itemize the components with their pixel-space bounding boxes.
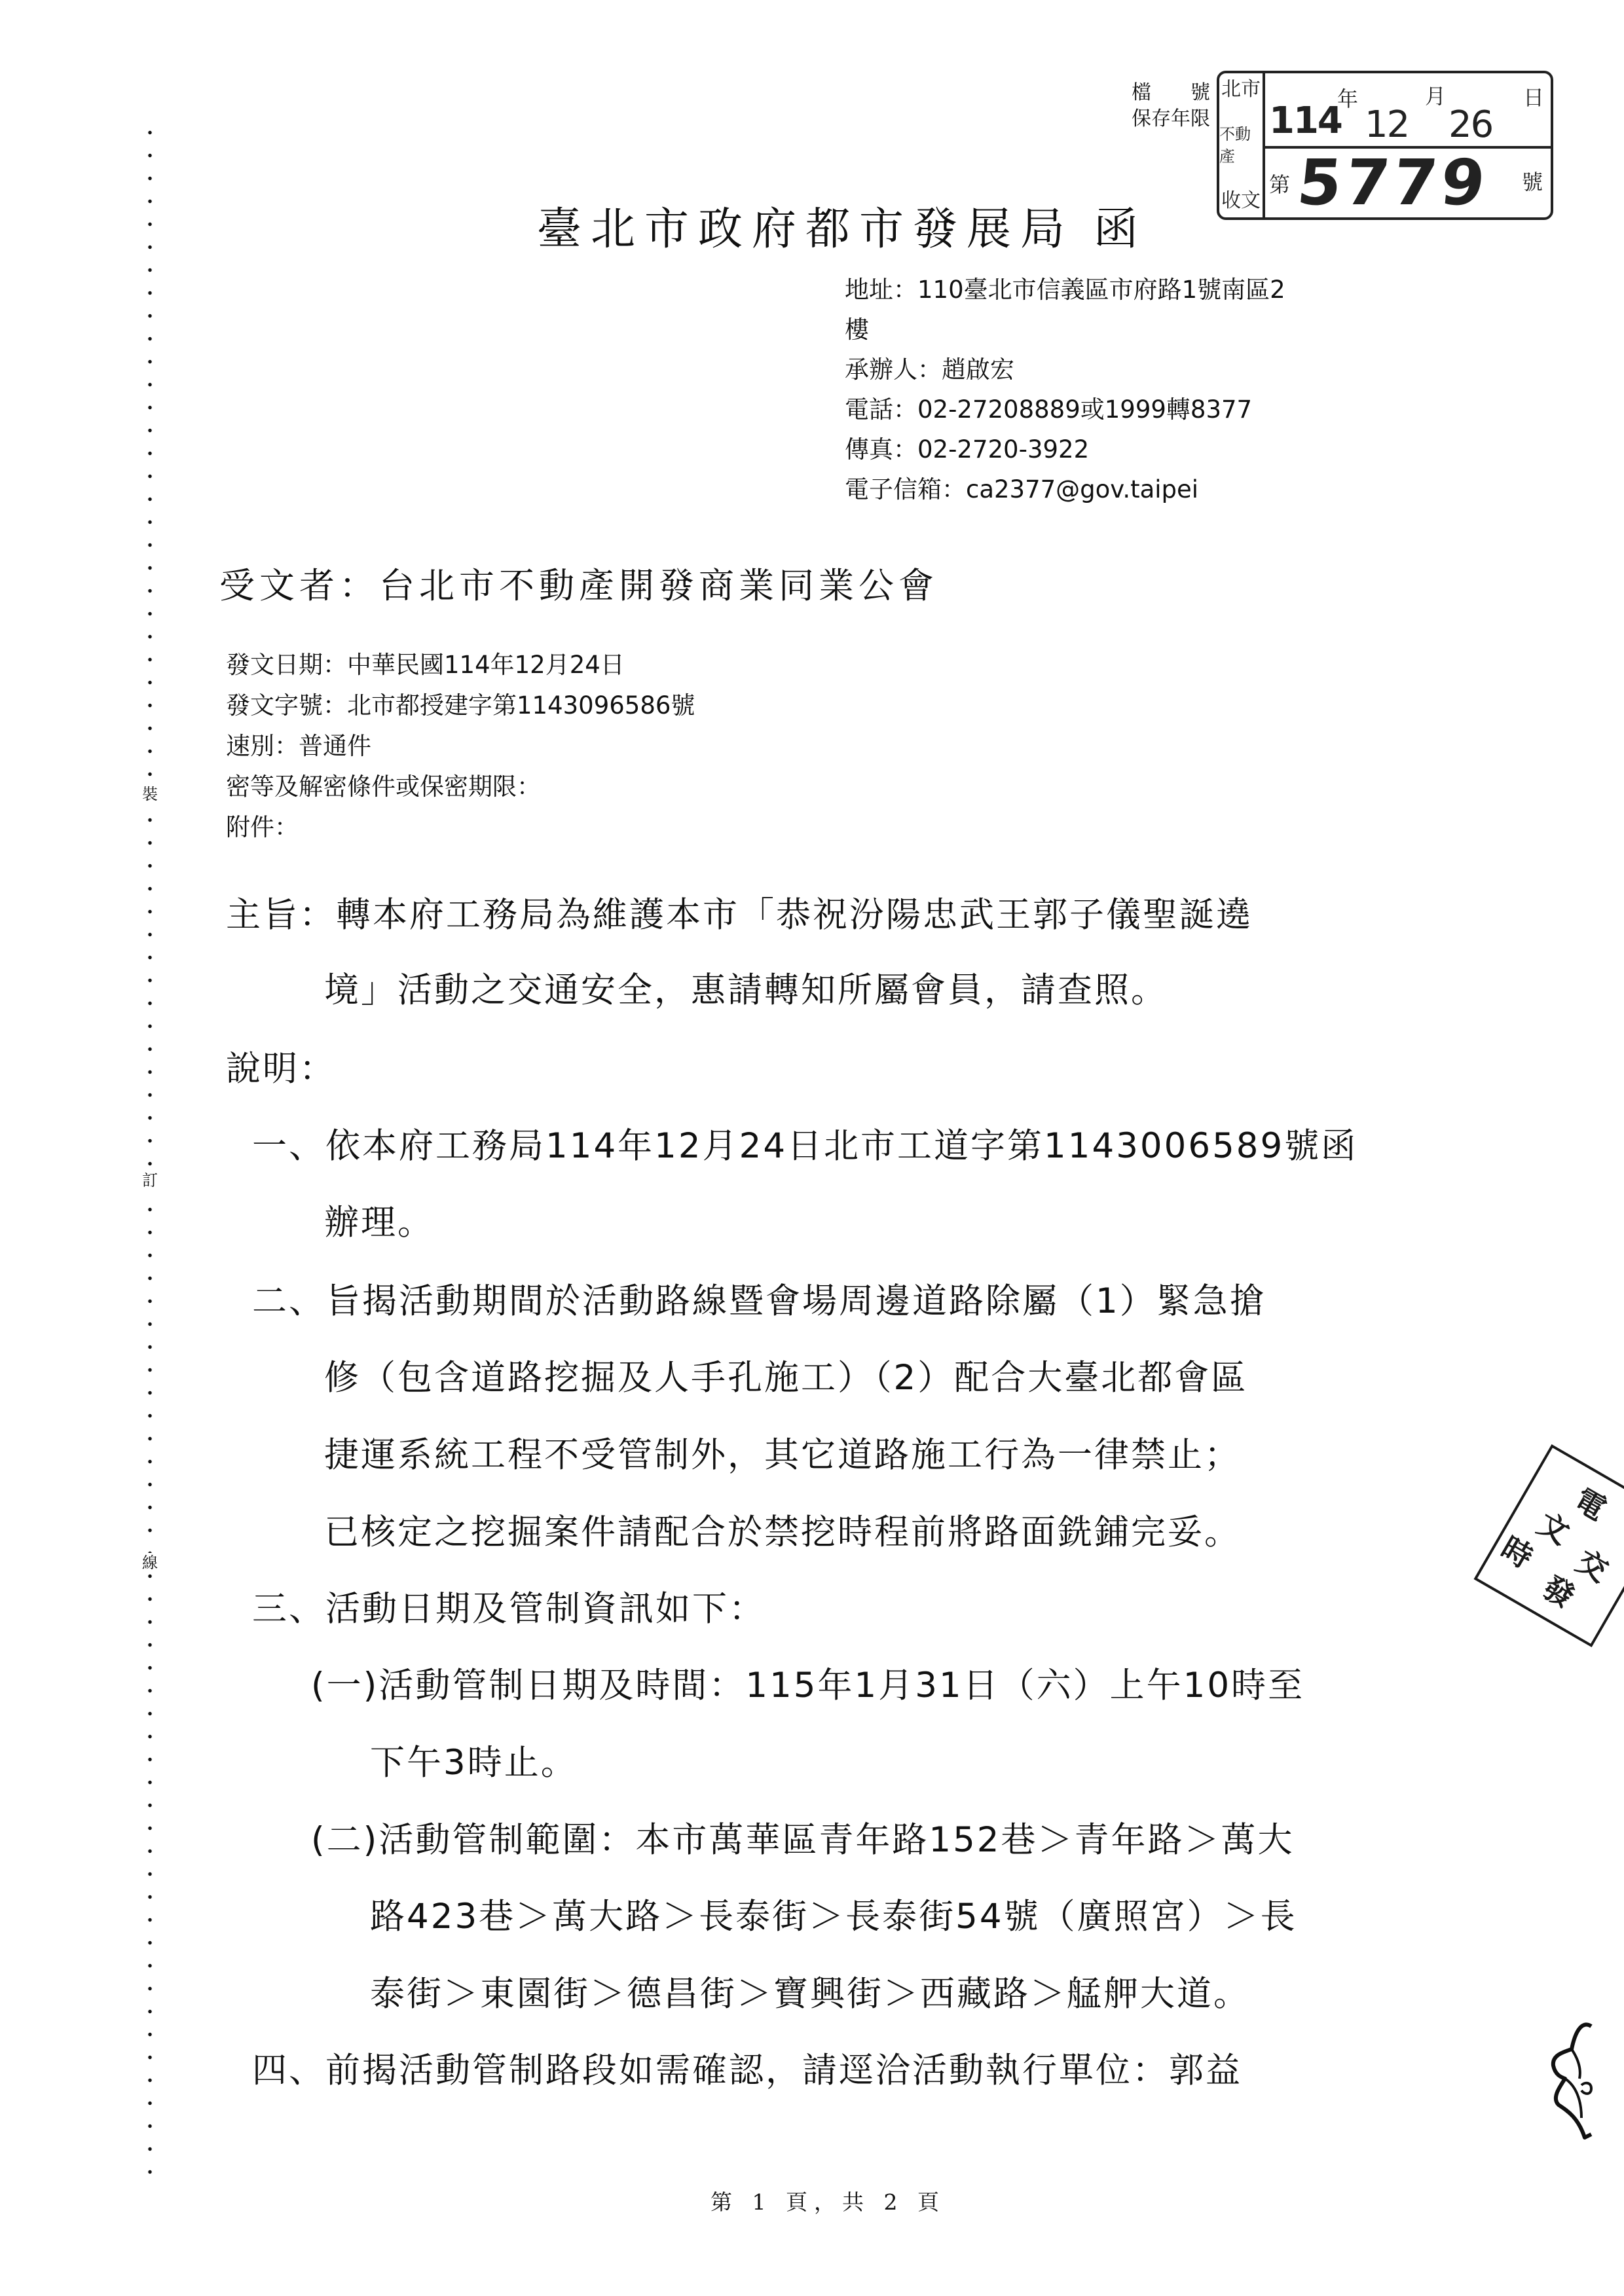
meta-block: 發文日期：中華民國114年12月24日 發文字號：北市都授建字第11430965… — [226, 645, 695, 848]
binding-label-ding: 訂 — [139, 1171, 161, 1190]
item-3-2-line-2: 路423巷＞萬大路＞長泰街＞長泰街54號（廣照宮）＞長 — [370, 1889, 1297, 1939]
attachments: 附件： — [226, 807, 695, 848]
item-3-1-line-2: 下午3時止。 — [370, 1735, 578, 1785]
stamp-org-3: 收文 — [1221, 190, 1261, 212]
email: 電子信箱：ca2377@gov.taipei — [845, 469, 1285, 509]
issue-date: 發文日期：中華民國114年12月24日 — [226, 645, 695, 685]
binding-dotted-line — [148, 121, 152, 2180]
item-2-line-1: 二、旨揭活動期間於活動路線暨會場周邊道路除屬（1）緊急搶 — [252, 1273, 1266, 1323]
recipient: 受文者：台北市不動產開發商業同業公會 — [219, 558, 938, 608]
stamp-year-unit: 年 — [1337, 82, 1358, 113]
binding-label-xian: 線 — [139, 1553, 161, 1573]
address-line-1: 地址：110臺北市信義區市府路1號南區2 — [845, 270, 1285, 310]
item-2-line-2: 修（包含道路挖掘及人手孔施工）（2）配合大臺北都會區 — [324, 1350, 1247, 1400]
explanation-heading: 說明： — [226, 1041, 336, 1091]
item-3-2-line-1: (二)活動管制範圍：本市萬華區青年路152巷＞青年路＞萬大 — [311, 1812, 1295, 1862]
file-labels: 檔 號 保存年限 — [1132, 80, 1210, 132]
seal-fragment-icon — [1545, 2013, 1598, 2144]
stamp-year: 114 — [1269, 100, 1342, 142]
contact-block: 地址：110臺北市信義區市府路1號南區2 樓 承辦人：趙啟宏 電話：02-272… — [845, 270, 1285, 509]
receipt-stamp: 北市 不動產 收文 114 年 12 月 26 日 第 5779 號 — [1217, 71, 1553, 220]
stamp-org-1: 北市 — [1221, 79, 1261, 101]
partial-seal-stamp: 電 文 時 交 發 — [1474, 1444, 1624, 1647]
retention-label: 保存年限 — [1132, 106, 1210, 132]
item-4-line-1: 四、前揭活動管制路段如需確認，請逕洽活動執行單位：郭益 — [252, 2043, 1242, 2092]
stamp-number-prefix: 第 — [1269, 168, 1290, 198]
document-title: 臺北市政府都市發展局函 — [537, 194, 1147, 257]
priority: 速別：普通件 — [226, 726, 695, 767]
item-3-2-line-3: 泰街＞東園街＞德昌街＞寶興街＞西藏路＞艋舺大道。 — [370, 1966, 1250, 2016]
phone: 電話：02-27208889或1999轉8377 — [845, 390, 1285, 429]
subject-line-2: 境」活動之交通安全，惠請轉知所屬會員，請查照。 — [324, 962, 1168, 1012]
stamp-number-row: 第 5779 號 — [1265, 149, 1551, 217]
subject-line-1: 主旨：轉本府工務局為維護本市「恭祝汾陽忠武王郭子儀聖誕遶 — [226, 887, 1253, 937]
archive-label-1: 檔 — [1132, 80, 1151, 106]
item-1-line-1: 一、依本府工務局114年12月24日北市工道字第1143006589號函 — [252, 1118, 1357, 1168]
item-3-line-1: 三、活動日期及管制資訊如下： — [252, 1581, 766, 1631]
item-2-line-3: 捷運系統工程不受管制外，其它道路施工行為一律禁止； — [324, 1427, 1241, 1477]
doc-number: 發文字號：北市都授建字第1143096586號 — [226, 685, 695, 726]
stamp-number-suffix: 號 — [1522, 166, 1543, 196]
stamp-org-column: 北市 不動產 收文 — [1219, 73, 1265, 217]
handler: 承辦人：趙啟宏 — [845, 350, 1285, 390]
item-3-1-line-1: (一)活動管制日期及時間：115年1月31日（六）上午10時至 — [311, 1658, 1304, 1707]
stamp-org-2: 不動產 — [1219, 123, 1263, 168]
page-number: 第 1 頁，共 2 頁 — [710, 2185, 946, 2216]
document-type: 函 — [1094, 204, 1147, 255]
item-2-line-4: 已核定之挖掘案件請配合於禁挖時程前將路面銑鋪完妥。 — [324, 1504, 1241, 1554]
item-1-line-2: 辦理。 — [324, 1195, 434, 1245]
stamp-month: 12 — [1365, 103, 1409, 146]
archive-label-2: 號 — [1190, 80, 1210, 106]
binding-label-zhuang: 裝 — [139, 784, 161, 804]
fax: 傳真：02-2720-3922 — [845, 429, 1285, 469]
stamp-date-row: 114 年 12 月 26 日 — [1265, 73, 1551, 149]
address-line-2: 樓 — [845, 310, 1285, 350]
stamp-day-unit: 日 — [1523, 81, 1544, 111]
stamp-month-unit: 月 — [1425, 80, 1446, 110]
stamp-handwritten-number: 5779 — [1294, 146, 1492, 219]
classification: 密等及解密條件或保密期限： — [226, 767, 695, 807]
agency-name: 臺北市政府都市發展局 — [537, 204, 1074, 255]
stamp-day: 26 — [1449, 103, 1492, 146]
